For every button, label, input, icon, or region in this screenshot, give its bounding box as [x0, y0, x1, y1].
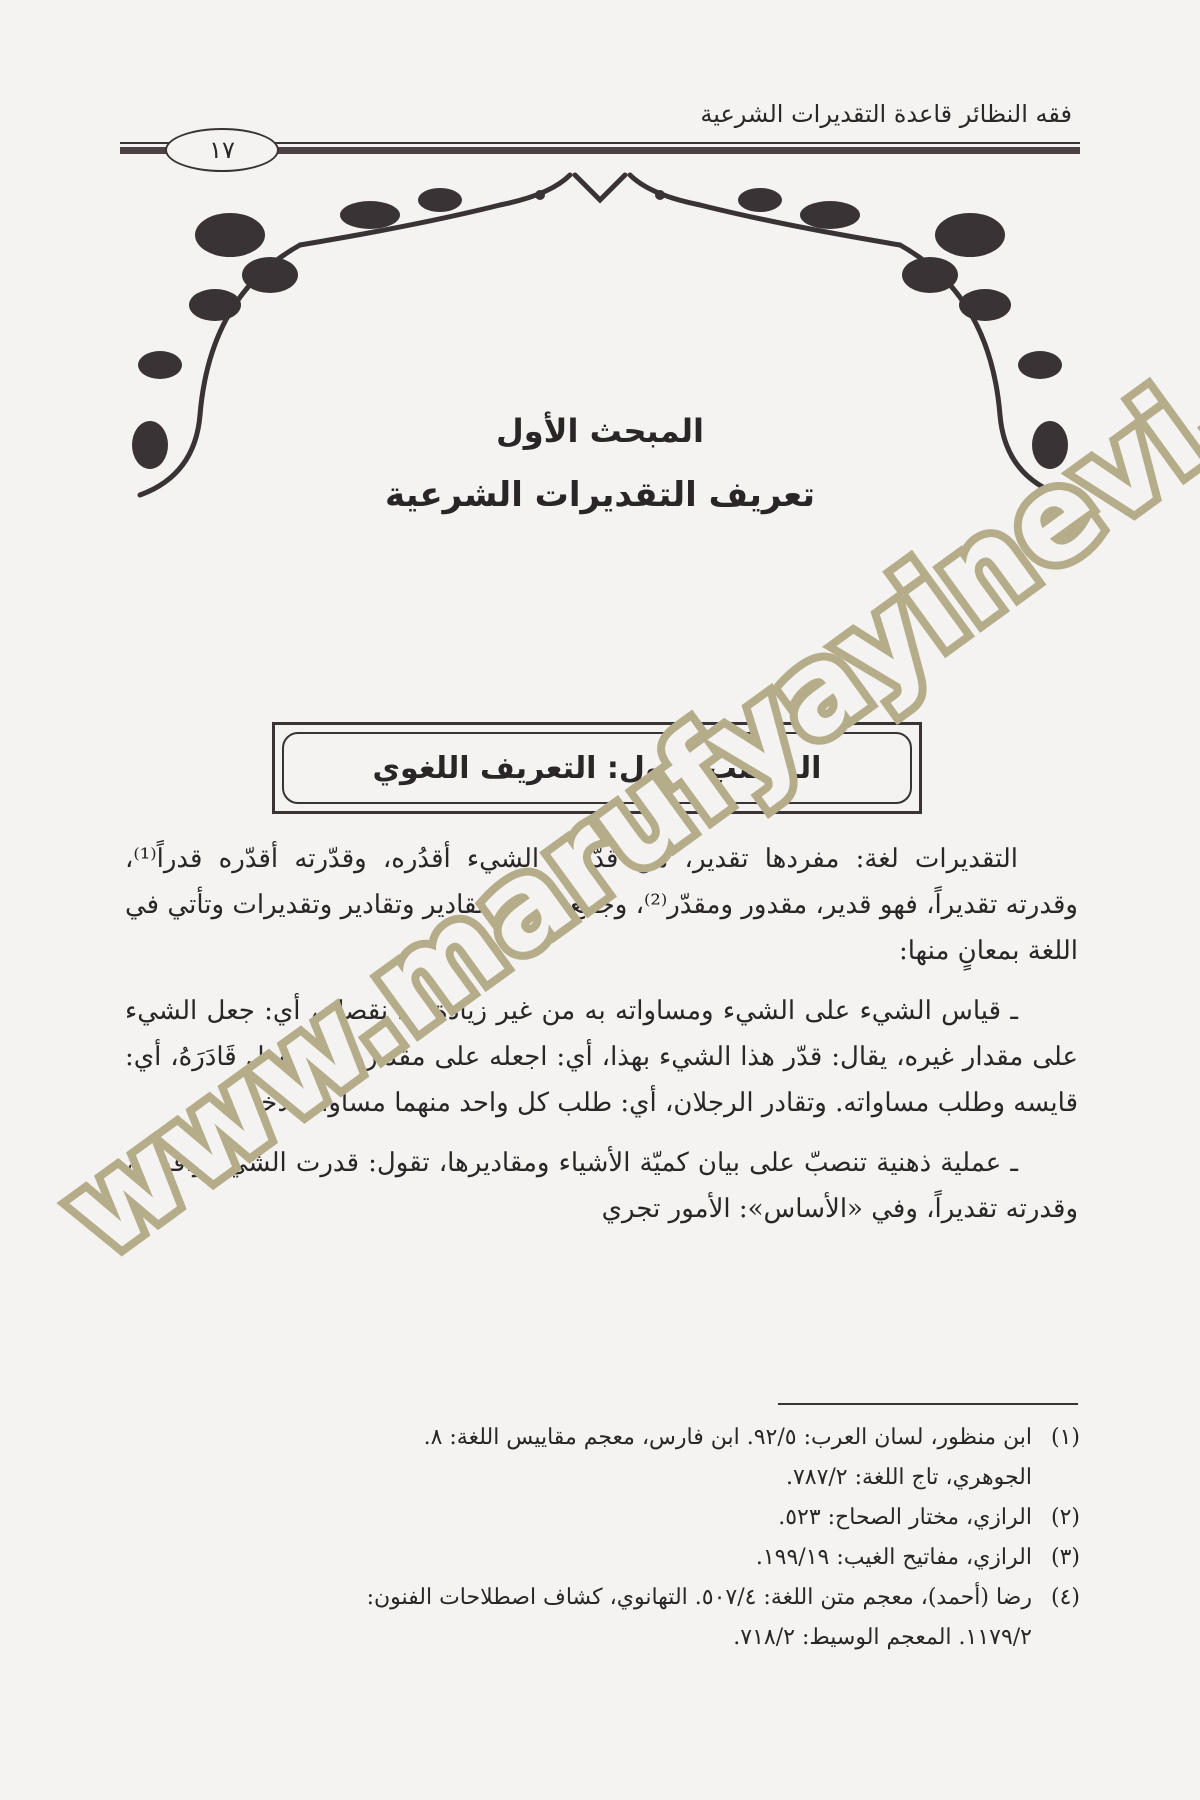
footnote-number: (٣) [1032, 1538, 1080, 1578]
section-heading: المطلب الأول: التعريف اللغوي [282, 732, 912, 804]
footnote-number: (٢) [1032, 1498, 1080, 1538]
floral-ornament-icon [120, 165, 1080, 525]
footnotes: (١) ابن منظور، لسان العرب: ٩٢/٥. ابن فار… [125, 1418, 1080, 1658]
footnote-separator [778, 1403, 1078, 1405]
footnote-line: ١١٧٩/٢. المعجم الوسيط: ٧١٨/٢. [125, 1618, 1032, 1658]
page-number-text: ١٧ [209, 136, 235, 164]
paragraph: ـ قياس الشيء على الشيء ومساواته به من غي… [125, 988, 1078, 1126]
chapter-number: المبحث الأول [0, 412, 1200, 450]
footnote-line: الجوهري، تاج اللغة: ٧٨٧/٢. [125, 1458, 1032, 1498]
book-page: فقه النظائر قاعدة التقديرات الشرعية ١٧ [0, 0, 1200, 1800]
body-text: التقديرات لغة: مفردها تقدير، من قدّرت ال… [125, 836, 1078, 1246]
footnote-line: رضا (أحمد)، معجم متن اللغة: ٥٠٧/٤. التها… [125, 1578, 1032, 1618]
footnote: (٤) رضا (أحمد)، معجم متن اللغة: ٥٠٧/٤. ا… [125, 1578, 1080, 1658]
footnote: (١) ابن منظور، لسان العرب: ٩٢/٥. ابن فار… [125, 1418, 1080, 1498]
footnote-line: الرازي، مختار الصحاح: ٥٢٣. [125, 1498, 1032, 1538]
paragraph: التقديرات لغة: مفردها تقدير، من قدّرت ال… [125, 836, 1078, 974]
footnote-number: (١) [1032, 1418, 1080, 1498]
section-heading-box: المطلب الأول: التعريف اللغوي [272, 722, 922, 814]
footnote: (٢) الرازي، مختار الصحاح: ٥٢٣. [125, 1498, 1080, 1538]
chapter-title: تعريف التقديرات الشرعية [0, 475, 1200, 515]
running-title: فقه النظائر قاعدة التقديرات الشرعية [700, 100, 1072, 128]
footnote-number: (٤) [1032, 1578, 1080, 1658]
footnote: (٣) الرازي، مفاتيح الغيب: ١٩٩/١٩. [125, 1538, 1080, 1578]
footnote-line: الرازي، مفاتيح الغيب: ١٩٩/١٩. [125, 1538, 1032, 1578]
paragraph: ـ عملية ذهنية تنصبّ على بيان كميّة الأشي… [125, 1140, 1078, 1232]
footnote-line: ابن منظور، لسان العرب: ٩٢/٥. ابن فارس، م… [125, 1418, 1032, 1458]
